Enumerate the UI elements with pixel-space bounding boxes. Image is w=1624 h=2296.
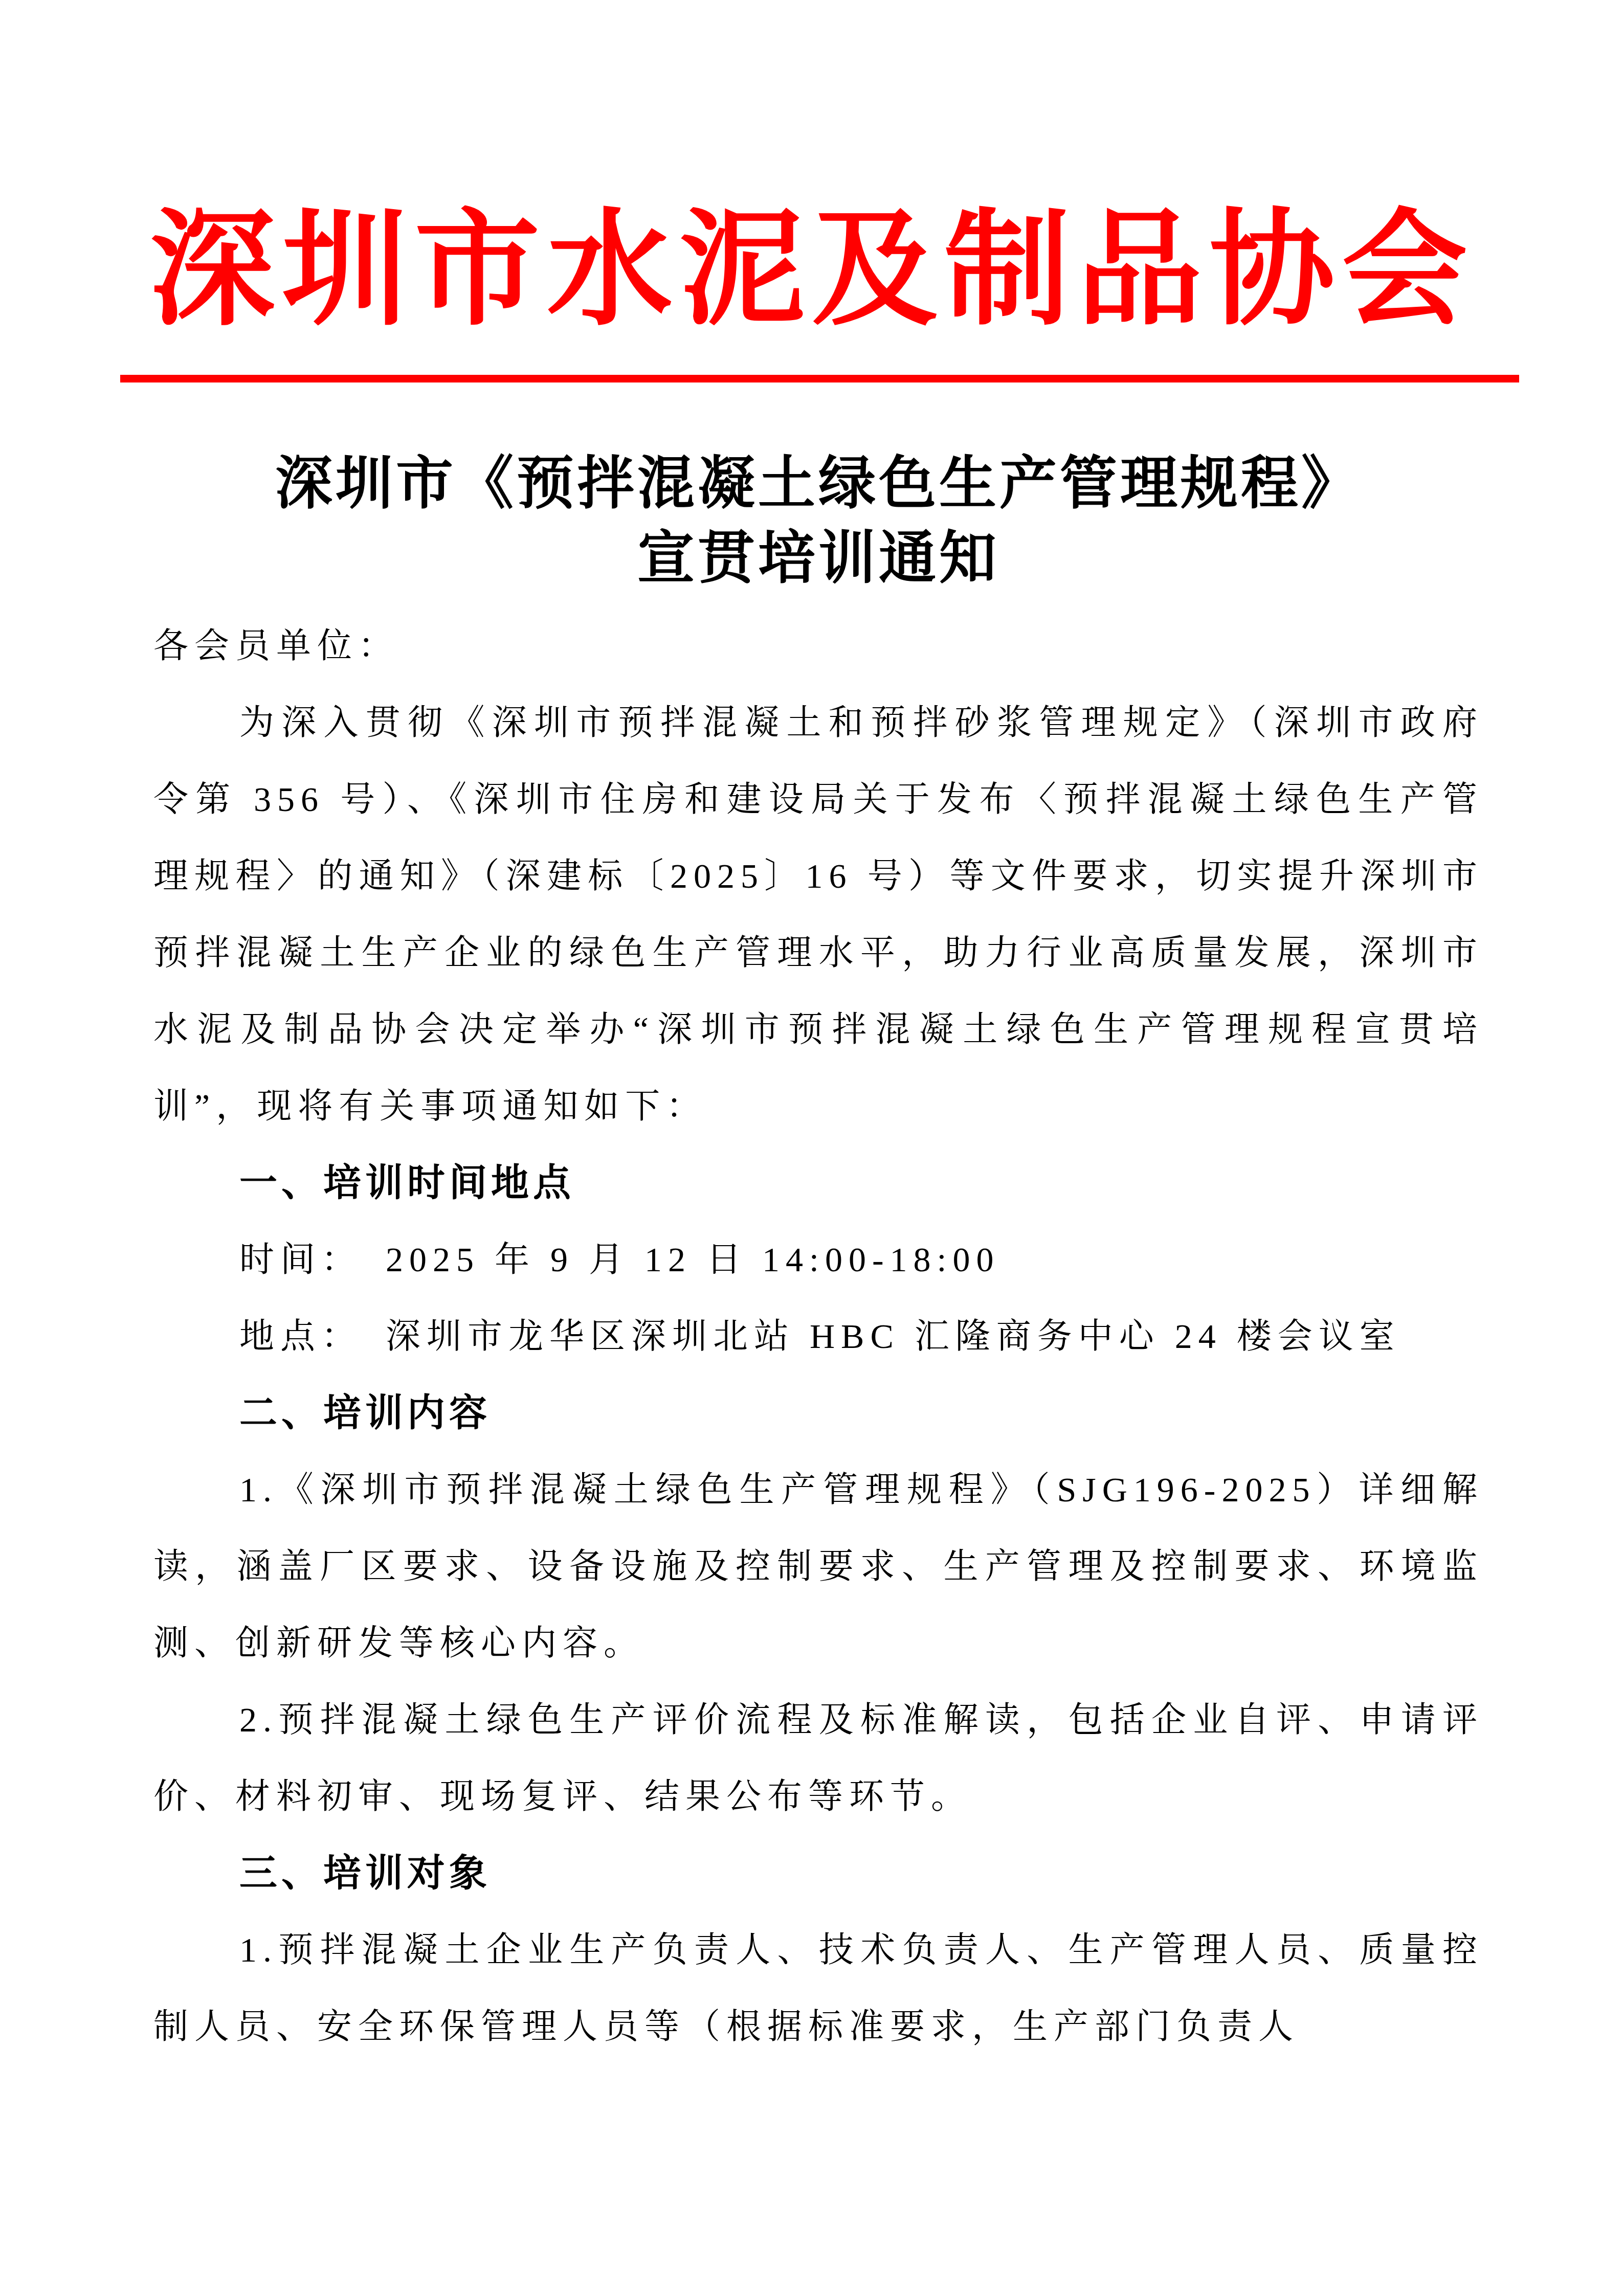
content-item-1: 1.《深圳市预拌混凝土绿色生产管理规程》（SJG196-2025）详细解读，涵盖… bbox=[153, 1451, 1483, 1681]
document-page: 深圳市水泥及制品协会 深圳市《预拌混凝土绿色生产管理规程》 宣贯培训通知 各会员… bbox=[0, 0, 1624, 2296]
document-body: 深圳市《预拌混凝土绿色生产管理规程》 宣贯培训通知 各会员单位： 为深入贯彻《深… bbox=[0, 447, 1624, 2065]
section-heading-audience: 三、培训对象 bbox=[153, 1835, 1483, 1911]
section-heading-time-location: 一、培训时间地点 bbox=[153, 1144, 1483, 1221]
letterhead-title: 深圳市水泥及制品协会 bbox=[0, 0, 1624, 343]
document-title-line2: 宣贯培训通知 bbox=[153, 522, 1483, 596]
section-heading-content: 二、培训内容 bbox=[153, 1375, 1483, 1451]
document-title: 深圳市《预拌混凝土绿色生产管理规程》 宣贯培训通知 bbox=[153, 447, 1483, 596]
notice-content: 各会员单位： 为深入贯彻《深圳市预拌混凝土和预拌砂浆管理规定》（深圳市政府令第 … bbox=[153, 607, 1483, 2065]
letterhead: 深圳市水泥及制品协会 bbox=[0, 0, 1624, 382]
salutation: 各会员单位： bbox=[153, 607, 1483, 684]
letterhead-divider bbox=[120, 375, 1519, 382]
document-title-line1: 深圳市《预拌混凝土绿色生产管理规程》 bbox=[153, 447, 1483, 522]
audience-item-1: 1.预拌混凝土企业生产负责人、技术负责人、生产管理人员、质量控制人员、安全环保管… bbox=[153, 1911, 1483, 2065]
training-time-line: 时间： 2025 年 9 月 12 日 14:00-18:00 bbox=[153, 1221, 1483, 1298]
content-item-2: 2.预拌混凝土绿色生产评价流程及标准解读，包括企业自评、申请评价、材料初审、现场… bbox=[153, 1681, 1483, 1835]
training-location-line: 地点： 深圳市龙华区深圳北站 HBC 汇隆商务中心 24 楼会议室 bbox=[153, 1298, 1483, 1375]
intro-paragraph: 为深入贯彻《深圳市预拌混凝土和预拌砂浆管理规定》（深圳市政府令第 356 号）、… bbox=[153, 684, 1483, 1144]
